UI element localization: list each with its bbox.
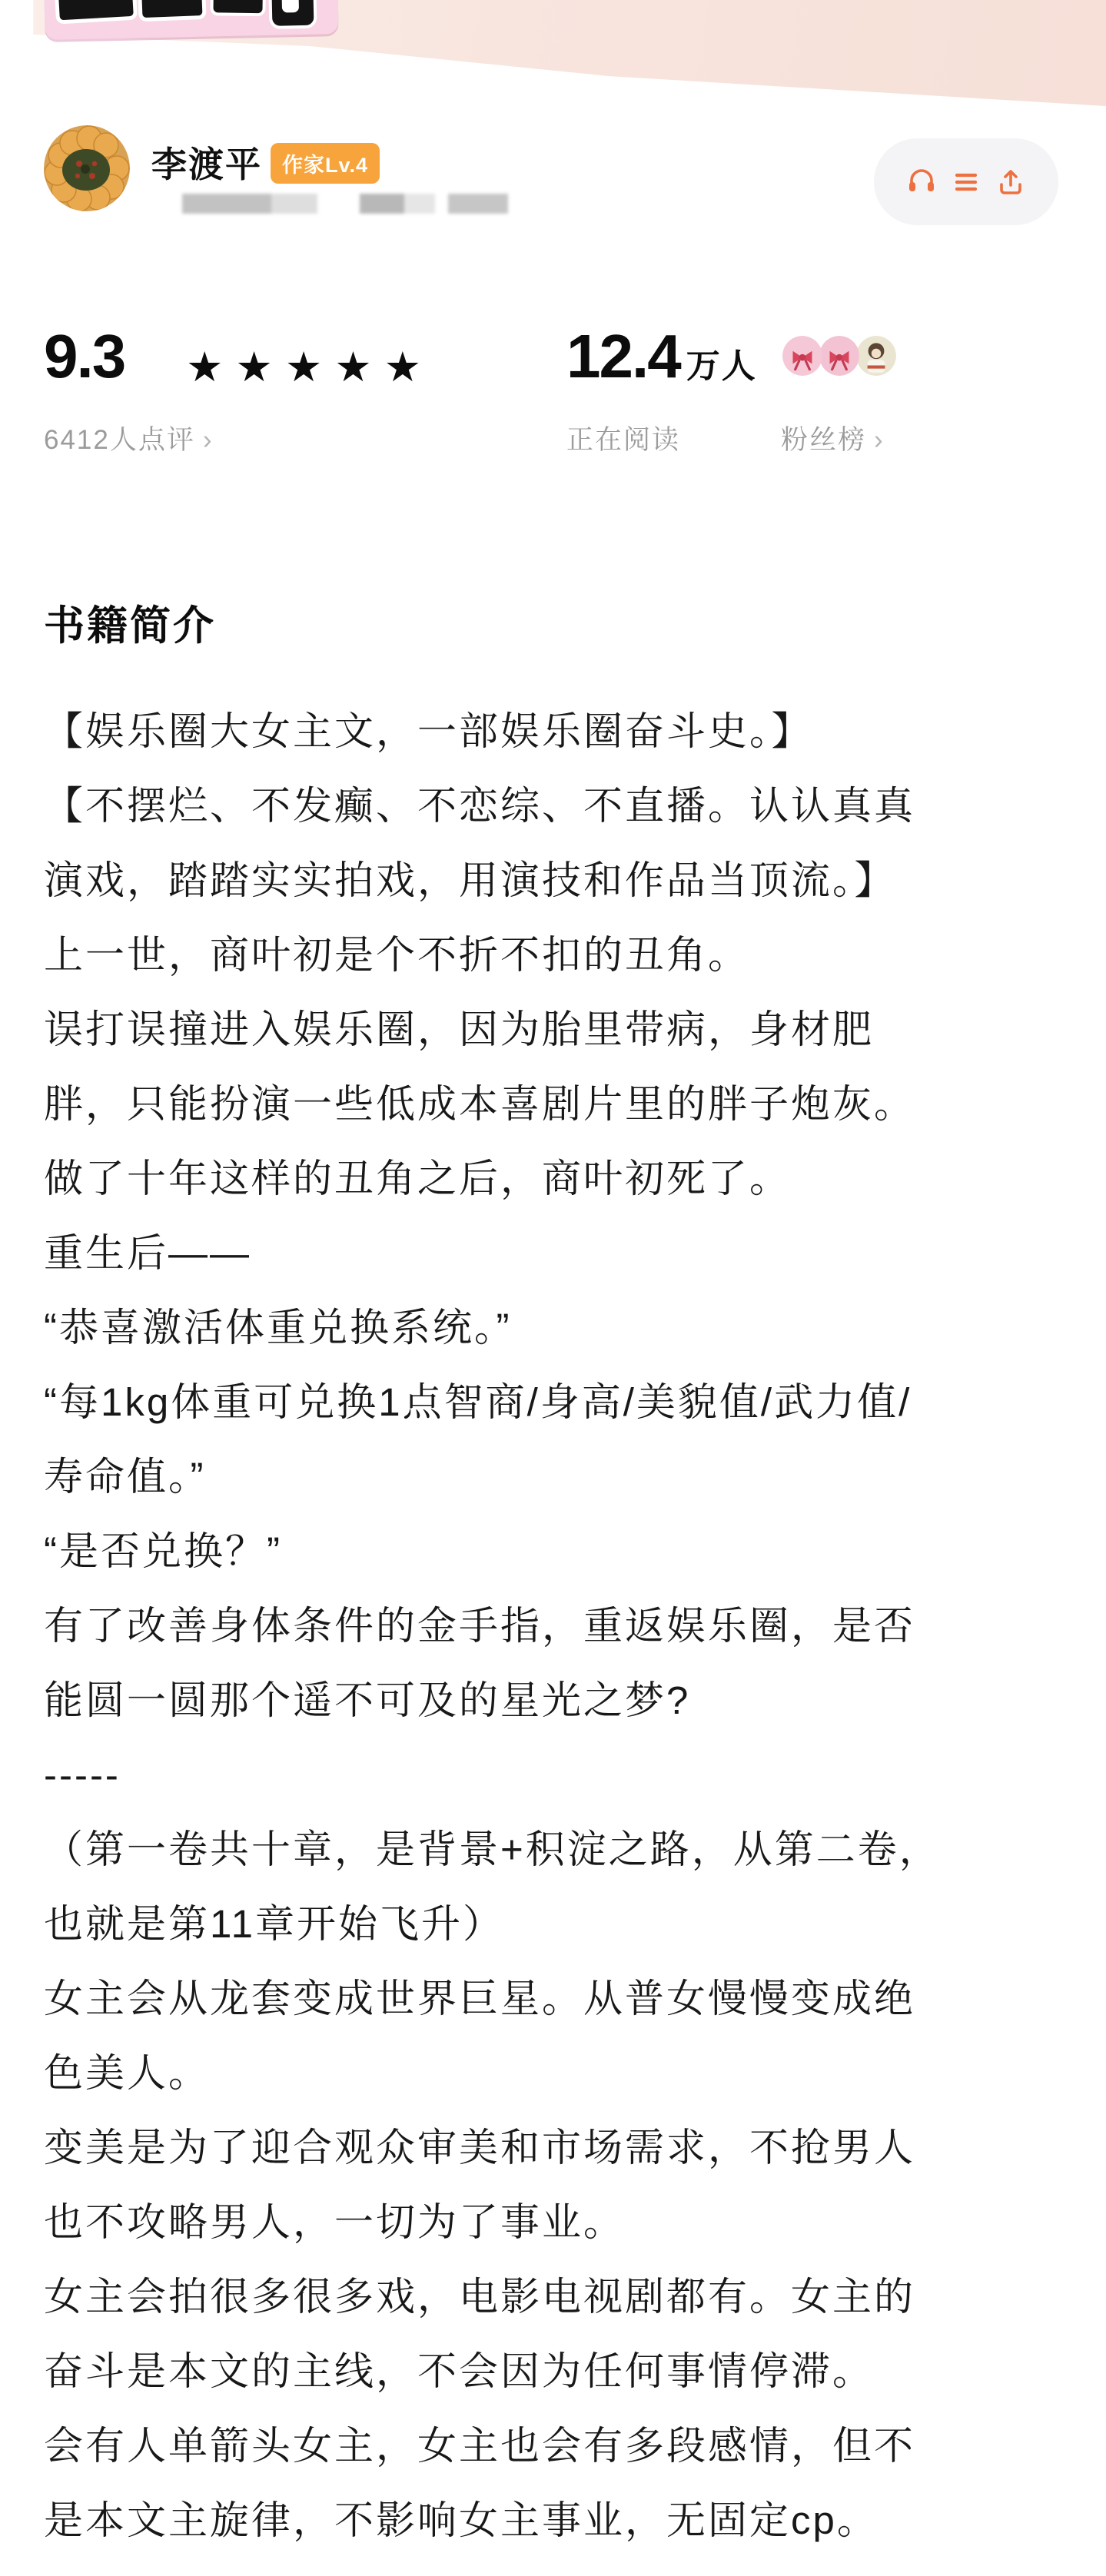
sticker-art-glyph [210,0,266,16]
intro-line: 也不攻略男人，一切为了事业。 [44,2185,1097,2259]
audiobook-icon [905,166,938,198]
readers-label: 正在阅读 [566,419,680,457]
book-detail-page: 李渡平 作家Lv.4 [0,0,1106,2576]
share-button[interactable] [995,166,1027,198]
intro-line: 色美人。 [44,2036,1097,2110]
intro-line: 也就是第11章开始飞升） [44,1887,1097,1961]
intro-line: 【娱乐圈大女主文，一部娱乐圈奋斗史。】 [44,694,1097,768]
intro-line: 【不摆烂、不发癫、不恋综、不直播。认认真真 [44,768,1097,843]
reviews-count-label: 6412人点评 [44,425,195,455]
censored-bar [448,194,508,214]
quick-actions-pill [874,138,1058,225]
intro-line: 女主会拍很多很多戏，电影电视剧都有。女主的 [44,2259,1097,2334]
fans-avatar-stack[interactable] [782,336,898,376]
intro-line: 胖，只能扮演一些低成本喜剧片里的胖子炮灰。 [44,1067,1097,1141]
intro-line: “是否兑换？” [44,1514,1097,1588]
author-name: 李渡平 [151,137,262,188]
title-sticker [44,0,338,40]
sticker-art-glyph [268,0,317,29]
fans-leaderboard-link[interactable]: 粉丝榜› [781,419,885,457]
intro-line: 奋斗是本文的主线，不会因为任何事情停滞。 [44,2334,1097,2408]
intro-line: 有了改善身体条件的金手指，重返娱乐圈，是否 [44,1588,1097,1663]
author-avatar-image [44,125,130,211]
chevron-right-icon: › [874,425,885,455]
sticker-art-glyph [54,0,138,25]
censored-bar [404,194,435,214]
censored-bar [360,194,404,214]
intro-line: 会有人单箭头女主，女主也会有多段感情，但不 [44,2408,1097,2483]
fan-avatar [819,336,859,376]
censored-bar [182,194,271,214]
sticker-art-glyph [138,0,207,22]
audiobook-button[interactable] [905,166,938,198]
intro-line: ----- [44,1738,1097,1812]
fan-avatar [782,336,822,376]
chevron-right-icon: › [203,425,214,455]
intro-line: 寿命值。” [44,1439,1097,1514]
intro-line: 能圆一圆那个遥不可及的星光之梦? [44,1663,1097,1738]
fan-avatar [856,336,896,376]
catalog-icon [950,166,982,198]
rating-stars: ★★★★★ [186,343,433,391]
intro-line: 变美是为了迎合观众审美和市场需求，不抢男人 [44,2110,1097,2185]
author-avatar[interactable] [44,125,130,211]
rating-score: 9.3 [44,321,125,392]
author-level-badge: 作家Lv.4 [271,143,380,184]
censored-bar [271,194,317,214]
readers-count: 12.4 [566,321,680,392]
intro-line: 演戏，踏踏实实拍戏，用演技和作品当顶流。】 [44,843,1097,918]
intro-line: 女主会从龙套变成世界巨星。从普女慢慢变成绝 [44,1961,1097,2036]
intro-line: 上一世，商叶初是个不折不扣的丑角。 [44,918,1097,992]
intro-line: 做了十年这样的丑角之后，商叶初死了。 [44,1141,1097,1216]
readers-unit: 万人 [686,338,757,387]
reviews-link[interactable]: 6412人点评› [44,419,214,457]
readers-stat: 12.4 万人 [566,321,757,392]
intro-line: （第一卷共十章，是背景+积淀之路，从第二卷， [44,1812,1097,1887]
intro-line: “每1kg体重可兑换1点智商/身高/美貌值/武力值/ [44,1365,1097,1439]
intro-section-heading: 书籍简介 [44,593,216,652]
intro-line: “恭喜激活体重兑换系统。” [44,1290,1097,1365]
intro-text: 【娱乐圈大女主文，一部娱乐圈奋斗史。】【不摆烂、不发癫、不恋综、不直播。认认真真… [44,694,1097,2558]
fans-label: 粉丝榜 [781,425,866,455]
intro-line: 是本文主旋律，不影响女主事业，无固定cp。 [44,2483,1097,2558]
share-icon [995,166,1027,198]
intro-line: 误打误撞进入娱乐圈，因为胎里带病，身材肥 [44,992,1097,1067]
intro-line: 重生后—— [44,1216,1097,1290]
catalog-button[interactable] [950,166,982,198]
